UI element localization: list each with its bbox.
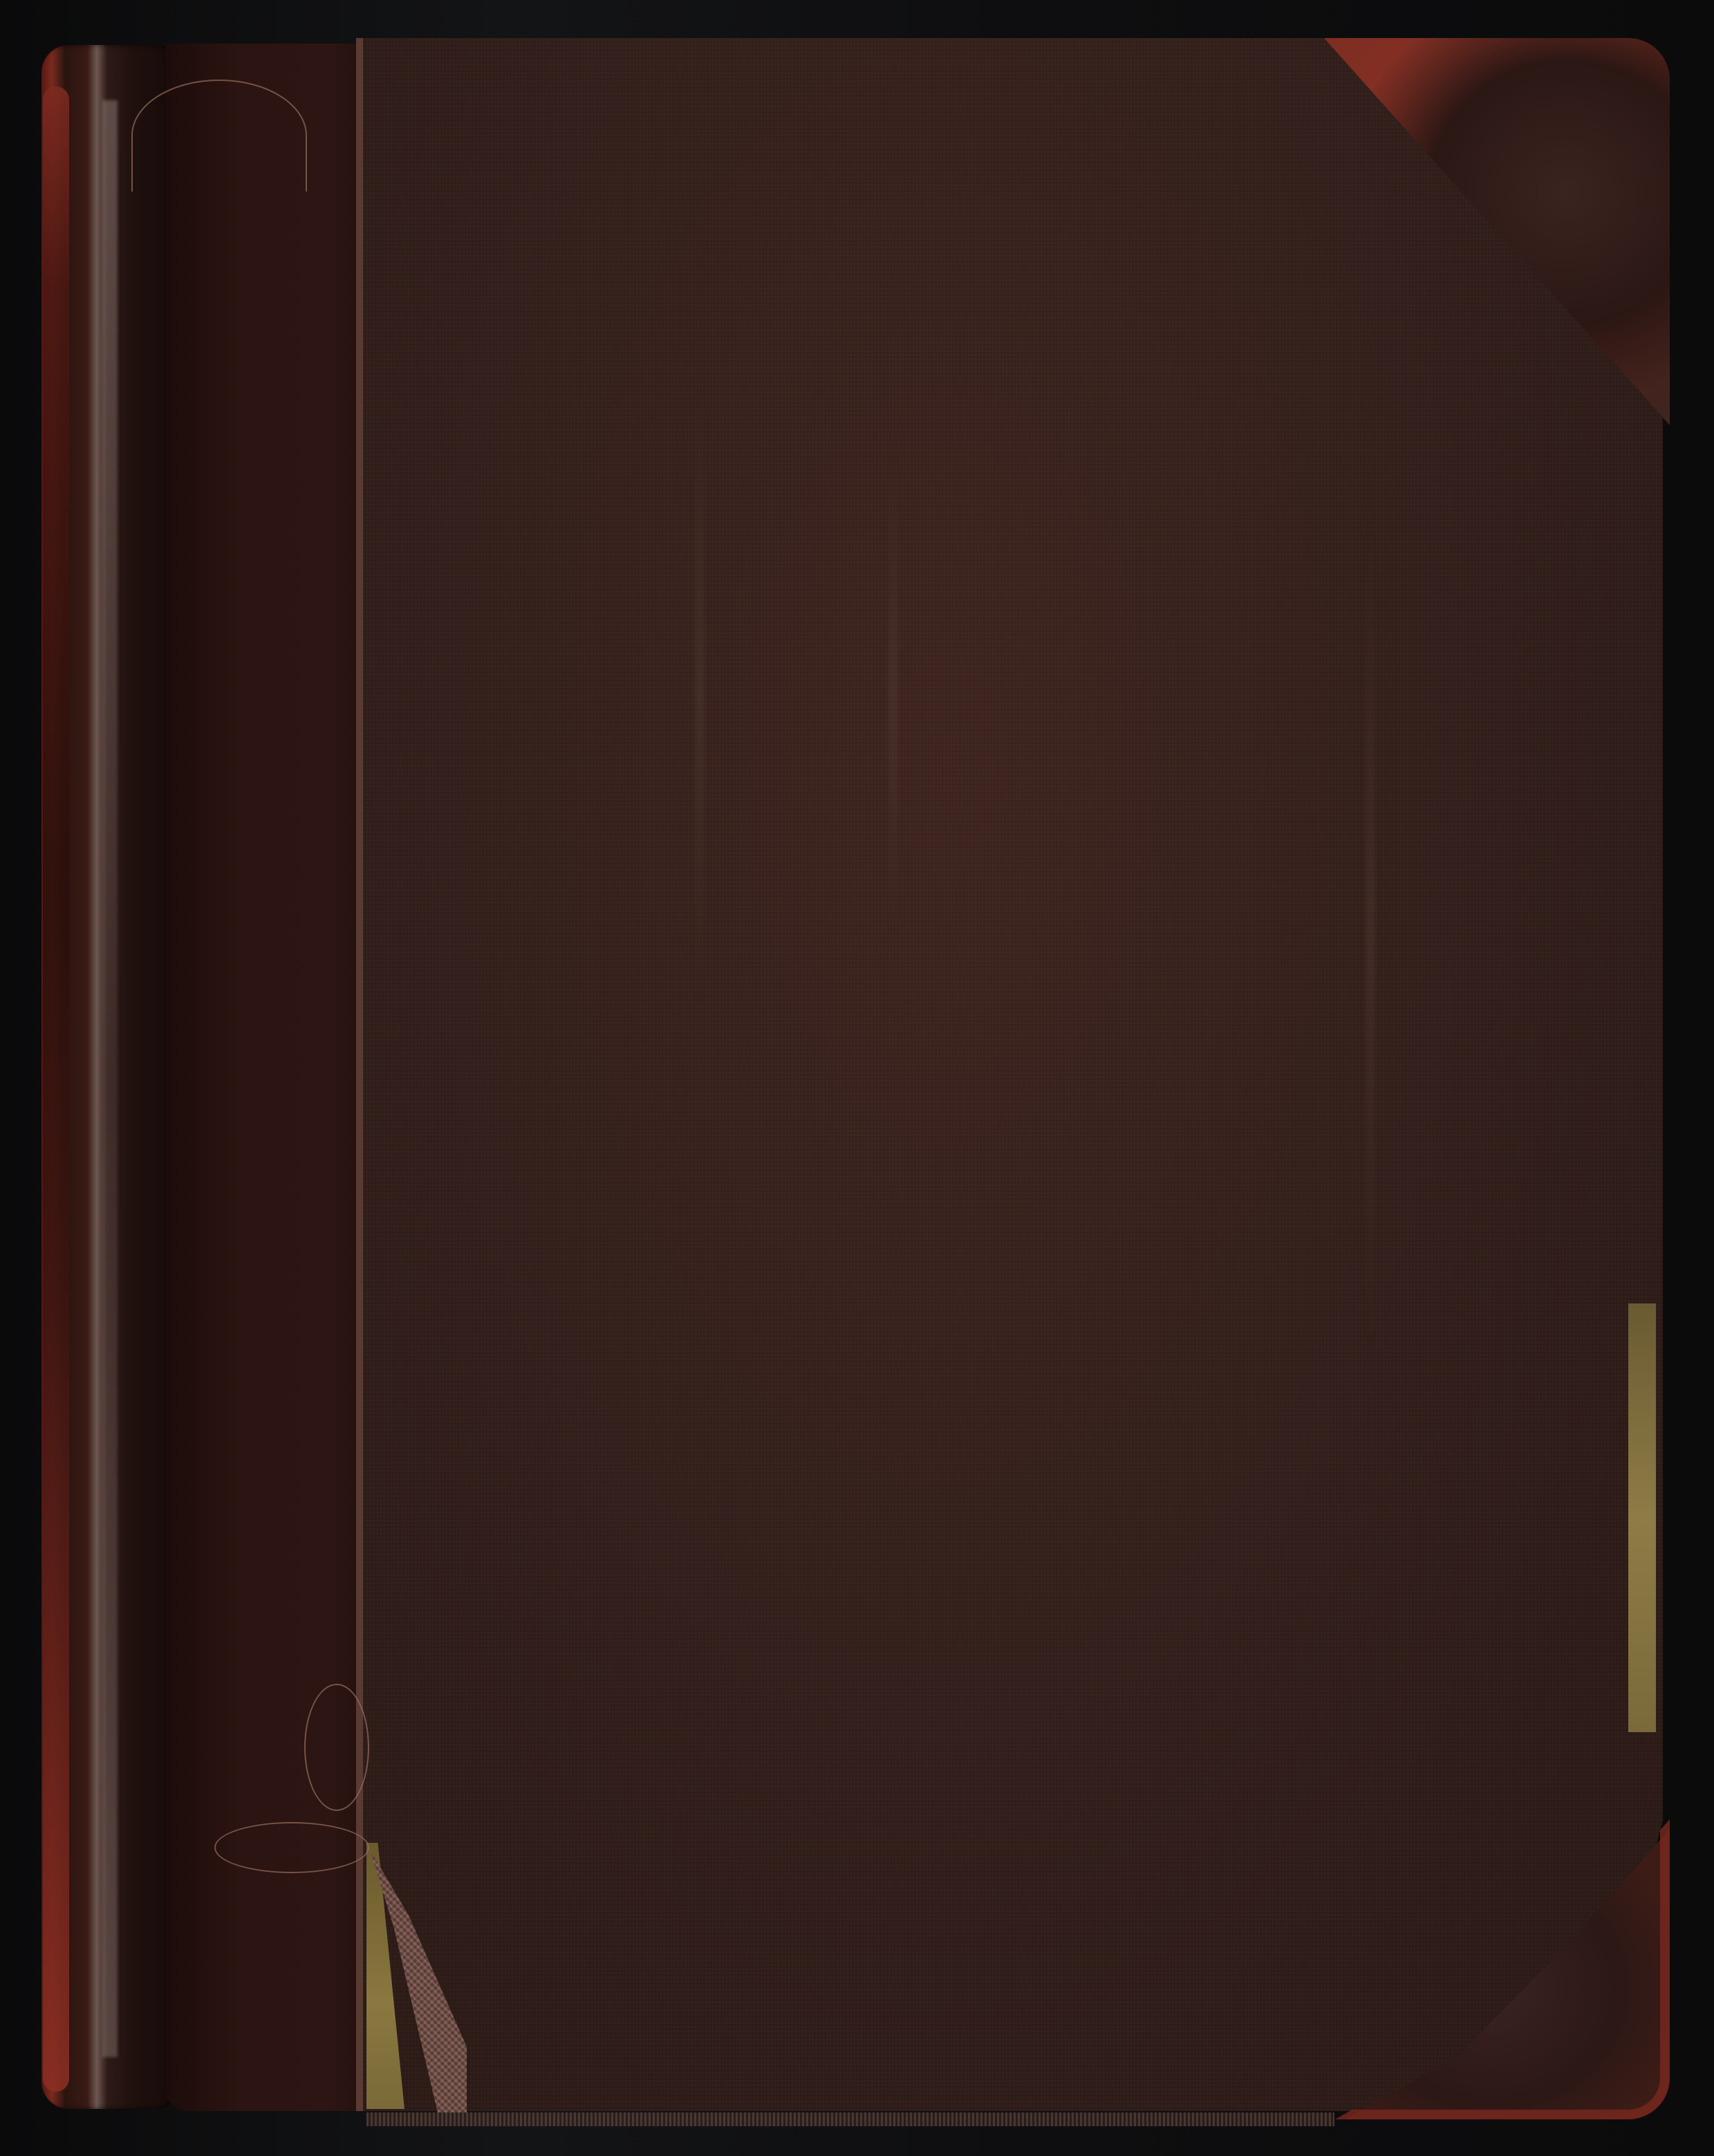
spine-red-edge — [43, 86, 69, 2092]
cloth-wear-streak — [695, 384, 705, 1006]
loose-thread — [131, 80, 307, 192]
cloth-board — [356, 38, 1663, 2111]
loose-thread — [214, 1822, 369, 1873]
spine-highlight — [102, 100, 118, 2057]
loose-thread — [304, 1684, 369, 1811]
book-cover — [41, 38, 1670, 2119]
cloth-wear-streak — [888, 453, 898, 937]
exposed-board-right — [1628, 1303, 1656, 1732]
book-spine — [41, 45, 173, 2109]
frayed-bottom-edge — [366, 2112, 1334, 2126]
cloth-wear-streak — [1366, 522, 1375, 1352]
